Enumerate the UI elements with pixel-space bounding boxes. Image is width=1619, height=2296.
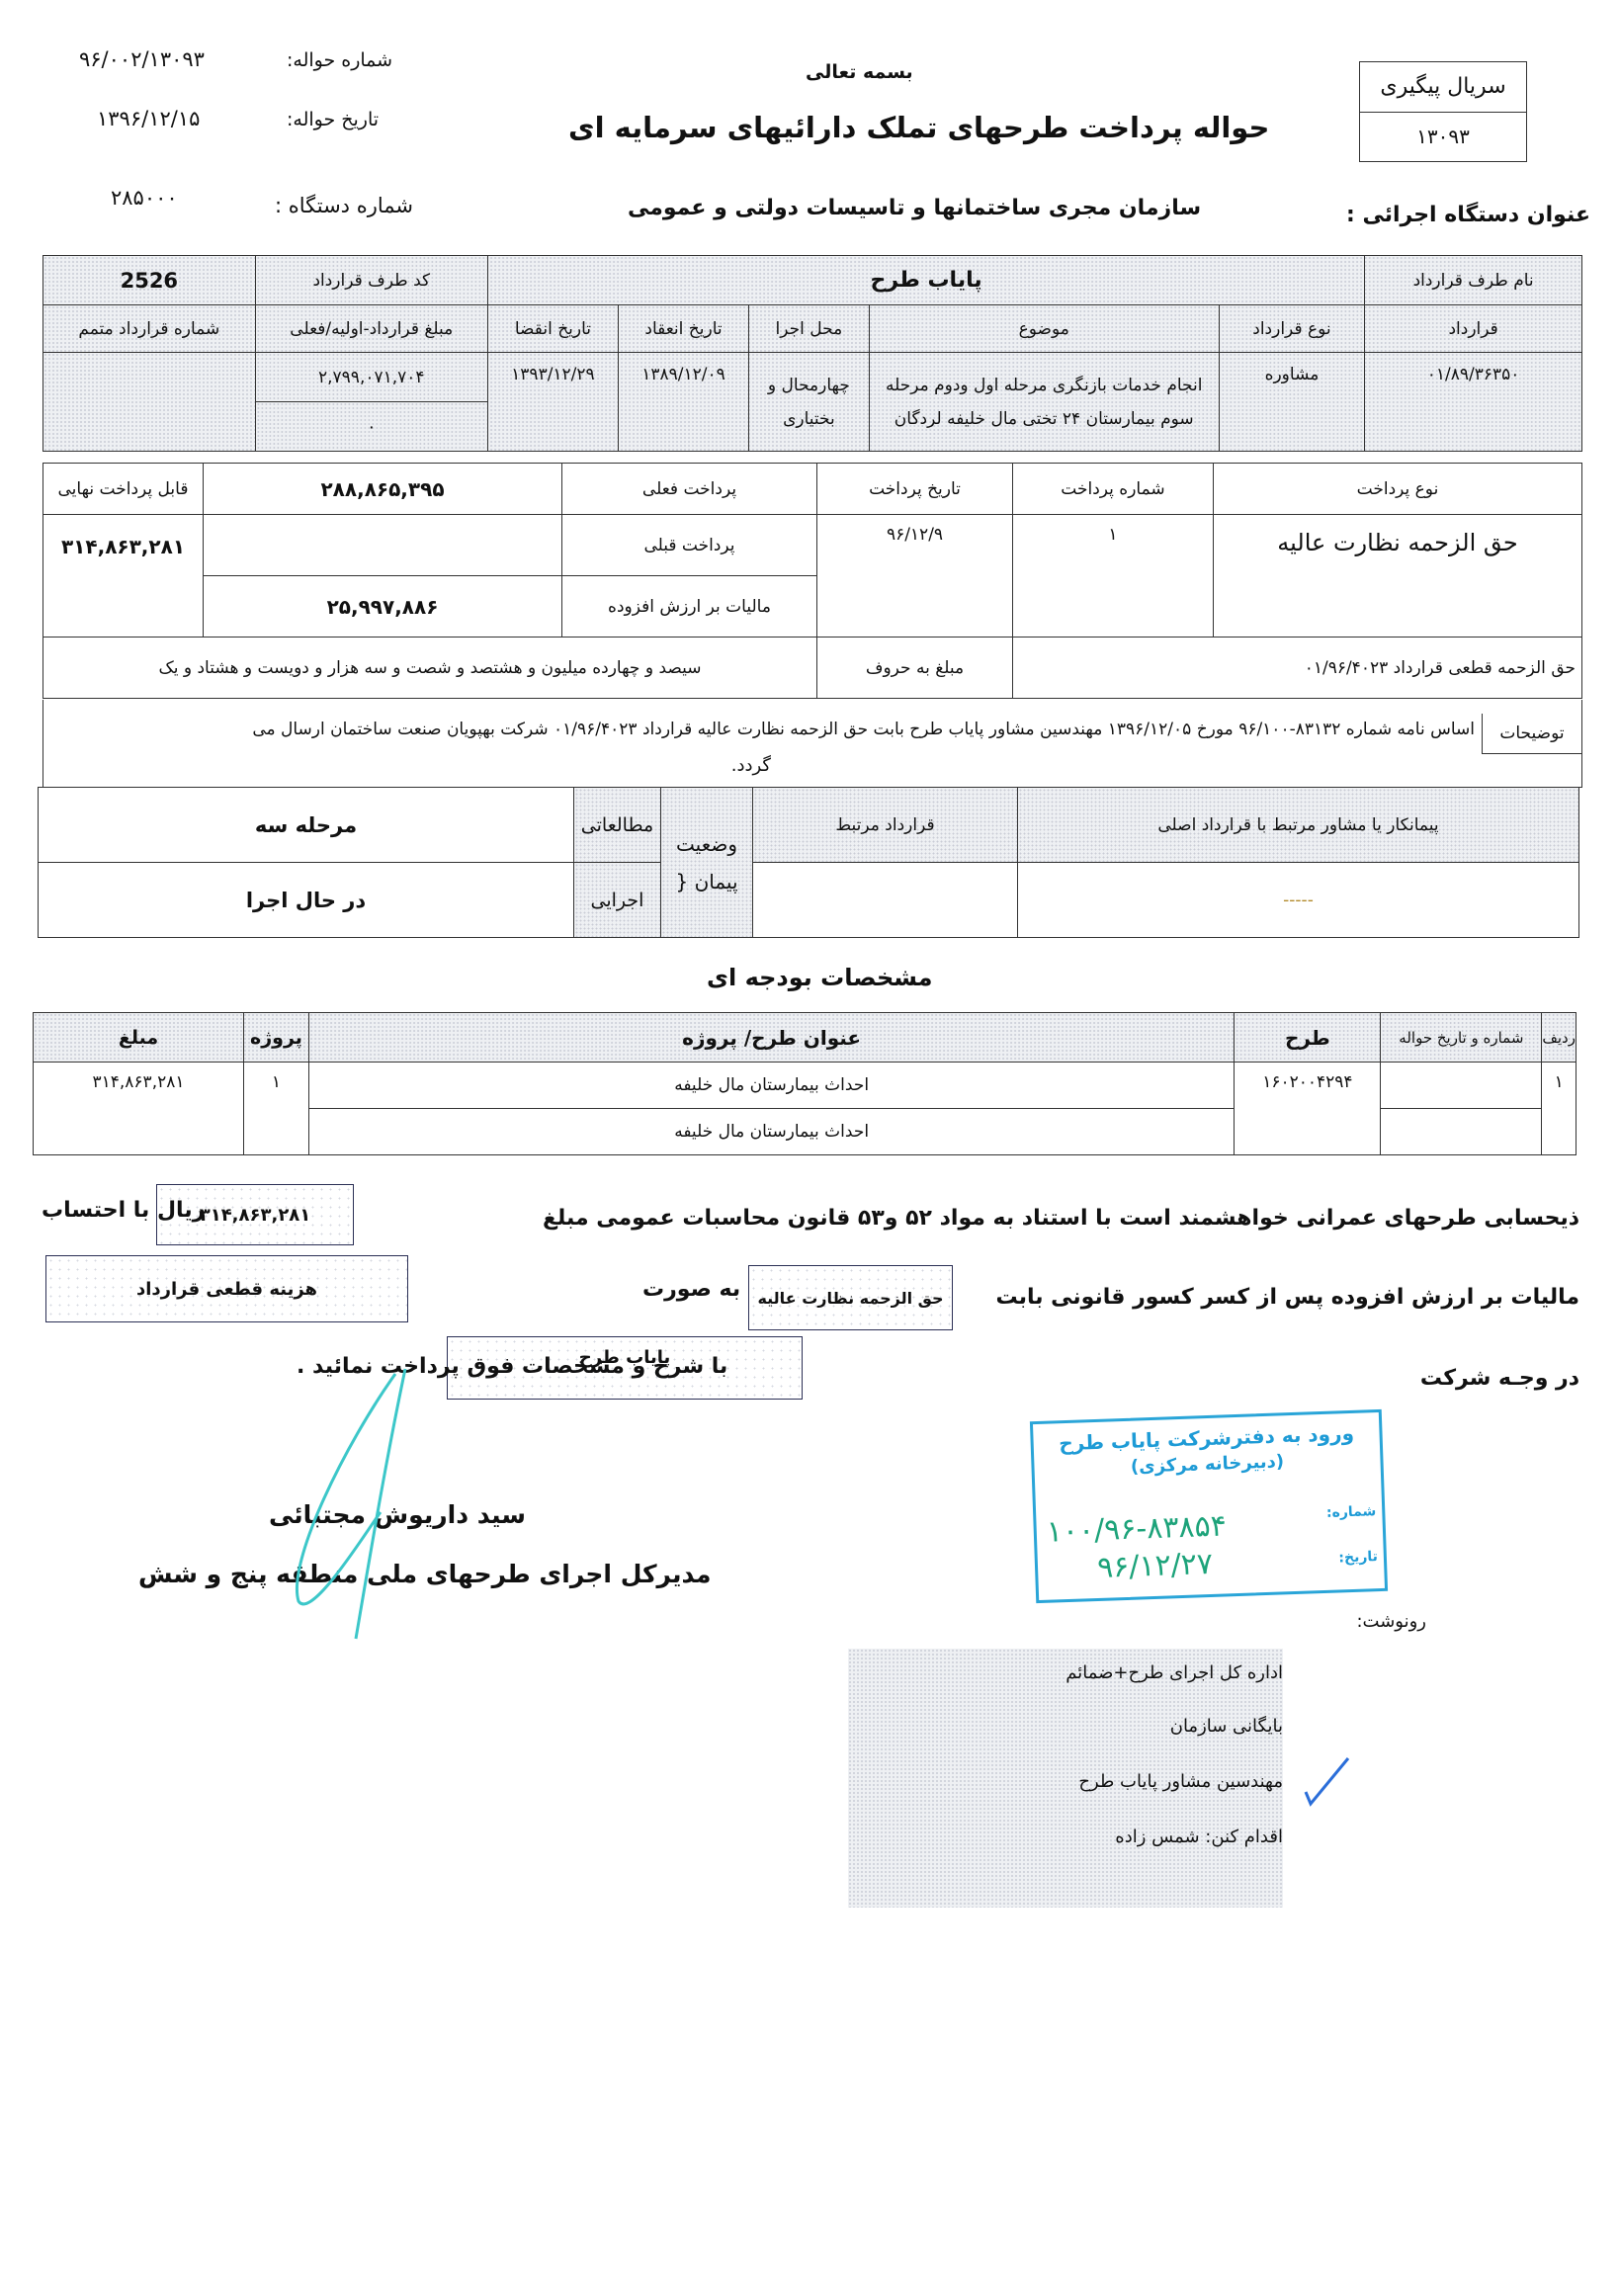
budget-row-ref xyxy=(1381,1063,1542,1109)
instruction-line1: ذیحسابی طرحهای عمرانی خواهشمند است با اس… xyxy=(543,1206,1579,1231)
payment-number-label: شماره پرداخت xyxy=(1013,464,1214,515)
related-contractor-value: ----- xyxy=(1018,863,1579,938)
tracking-serial-box: سریال پیگیری ۱۳۰۹۳ xyxy=(1359,61,1527,162)
budget-header-amount: مبلغ xyxy=(34,1013,244,1063)
sign-date-header: تاریخ انعقاد xyxy=(618,305,748,353)
expiry-date-value: ۱۳۹۳/۱۲/۲۹ xyxy=(487,353,618,452)
copy-item: بایگانی سازمان xyxy=(1170,1716,1283,1737)
instruction-payment-type-box: حق الزحمه نظارت عالیه xyxy=(748,1265,953,1330)
payment-table: نوع پرداخت شماره پرداخت تاریخ پرداخت پرد… xyxy=(43,463,1582,699)
type-header: نوع قرارداد xyxy=(1219,305,1365,353)
budget-row-title-2: احداث بیمارستان مال خلیفه xyxy=(308,1109,1234,1155)
notes-line2: گردد. xyxy=(731,755,771,776)
payment-desc-row: حق الزحمه قطعی قرارداد ۰۱/۹۶/۴۰۲۳ xyxy=(1013,638,1582,699)
status-cell: وضعیت پیمان { xyxy=(661,788,753,938)
payment-type-label: نوع پرداخت xyxy=(1214,464,1582,515)
related-contractor-label: پیمانکار یا مشاور مرتبط با قرارداد اصلی xyxy=(1018,788,1579,863)
payment-date-value: ۹۶/۱۲/۹ xyxy=(817,515,1013,638)
supplement-value xyxy=(43,353,256,452)
budget-header-title: عنوان طرح/ پروژه xyxy=(308,1013,1234,1063)
study-label: مطالعاتی xyxy=(574,788,661,863)
copies-label: رونوشت: xyxy=(1356,1611,1426,1632)
budget-title: مشخصات بودجه ای xyxy=(707,964,933,991)
budget-row-amount: ۳۱۴,۸۶۳,۲۸۱ xyxy=(34,1063,244,1155)
sign-date-value: ۱۳۸۹/۱۲/۰۹ xyxy=(618,353,748,452)
instruction-line3: در وجـه شرکت xyxy=(1420,1366,1579,1391)
expiry-date-header: تاریخ انقضا xyxy=(487,305,618,353)
remittance-date-value: ۱۳۹۶/۱۲/۱۵ xyxy=(97,107,200,130)
amount-words-value: سیصد و چهارده میلیون و هشتصد و شصت و سه … xyxy=(43,638,817,699)
vat-label: مالیات بر ارزش افزوده xyxy=(562,576,817,638)
final-payable-label: قابل پرداخت نهایی xyxy=(43,464,204,515)
payment-date-label: تاریخ پرداخت xyxy=(817,464,1013,515)
tracking-serial-label: سریال پیگیری xyxy=(1360,62,1526,113)
party-code-value: 2526 xyxy=(43,256,256,305)
executive-org-value: سازمان مجری ساختمانها و تاسیسات دولتی و … xyxy=(628,196,1201,220)
previous-payment-label: پرداخت قبلی xyxy=(562,515,817,576)
current-payment-label: پرداخت فعلی xyxy=(562,464,817,515)
type-value: مشاوره xyxy=(1219,353,1365,452)
budget-header-project: پروژه xyxy=(244,1013,309,1063)
final-payable-value: ۳۱۴,۸۶۳,۲۸۱ xyxy=(43,515,204,638)
contract-value: ۰۱/۸۹/۳۶۳۵۰ xyxy=(1365,353,1582,452)
budget-header-row: ردیف xyxy=(1542,1013,1576,1063)
subject-header: موضوع xyxy=(869,305,1219,353)
basmala: بسمه تعالی xyxy=(806,61,913,83)
budget-row-ref-2 xyxy=(1381,1109,1542,1155)
stamp-number-value: ۱۰۰/۹۶-۸۳۸۵۴ xyxy=(1046,1508,1227,1549)
device-number-value: ۲۸۵۰۰۰ xyxy=(111,186,178,210)
budget-row-number: ۱ xyxy=(1542,1063,1576,1155)
amount-header: مبلغ قرارداد-اولیه/فعلی xyxy=(255,305,487,353)
remittance-date-label: تاریخ حواله: xyxy=(287,109,379,130)
table-row: ۱ ۱۶۰۲۰۰۴۲۹۴ احداث بیمارستان مال خلیفه ۱… xyxy=(34,1063,1576,1109)
stamp-date-label: تاریخ: xyxy=(1338,1549,1378,1566)
executive-org-label: عنوان دستگاه اجرائی : xyxy=(1346,203,1590,227)
stamp-number-label: شماره: xyxy=(1326,1503,1377,1521)
copy-item: اقدام کنن: شمس زاده xyxy=(1115,1827,1283,1847)
location-value: چهارمحال و بختیاری xyxy=(749,353,870,452)
stamp-date-value: ۹۶/۱۲/۲۷ xyxy=(1097,1547,1214,1585)
remittance-number-label: شماره حواله: xyxy=(287,49,392,71)
remittance-number-value: ۹۶/۰۰۲/۱۳۰۹۳ xyxy=(79,47,205,71)
previous-payment-value xyxy=(204,515,562,576)
notes-line1: اساس نامه شماره ۸۳۱۳۲-۹۶/۱۰۰ مورخ ۱۳۹۶/۱… xyxy=(51,720,1475,739)
location-header: محل اجرا xyxy=(749,305,870,353)
status-label: وضعیت xyxy=(667,825,746,863)
budget-header-plan: طرح xyxy=(1235,1013,1381,1063)
amount-words-label: مبلغ به حروف xyxy=(817,638,1013,699)
party-name-label: نام طرف قرارداد xyxy=(1365,256,1582,305)
budget-row-title: احداث بیمارستان مال خلیفه xyxy=(308,1063,1234,1109)
payment-number-value: ۱ xyxy=(1013,515,1214,638)
page-title: حواله پرداخت طرحهای تملک دارائیهای سرمای… xyxy=(568,111,1269,144)
subject-value: انجام خدمات بازنگری مرحله اول ودوم مرحله… xyxy=(869,353,1219,452)
budget-header-ref: شماره و تاریخ حواله xyxy=(1381,1013,1542,1063)
handwritten-signature-icon xyxy=(277,1364,435,1641)
budget-table: ردیف شماره و تاریخ حواله طرح عنوان طرح/ … xyxy=(33,1012,1576,1155)
amount-initial-value: ۲,۷۹۹,۰۷۱,۷۰۴ xyxy=(255,353,487,402)
party-code-label: کد طرف قرارداد xyxy=(255,256,487,305)
supplement-header: شماره قرارداد متمم xyxy=(43,305,256,353)
instruction-line1-suffix: ریال با احتساب xyxy=(42,1198,205,1223)
budget-row-project: ۱ xyxy=(244,1063,309,1155)
contract-header: قرارداد xyxy=(1365,305,1582,353)
tracking-serial-value: ۱۳۰۹۳ xyxy=(1360,113,1526,160)
instruction-line2: مالیات بر ارزش افزوده پس از کسر کسور قان… xyxy=(995,1285,1579,1310)
copy-item: مهندسین مشاور پایاب طرح xyxy=(1078,1771,1283,1792)
instruction-cost-type-box: هزینه قطعی قرارداد xyxy=(45,1255,408,1322)
checkmark-icon xyxy=(1303,1754,1352,1809)
payment-type-value: حق الزحمه نظارت عالیه xyxy=(1214,515,1582,638)
copy-item: اداره کل اجرای طرح+ضمائم xyxy=(1065,1662,1283,1683)
related-contract-label: قرارداد مرتبط xyxy=(753,788,1018,863)
status-table: پیمانکار یا مشاور مرتبط با قرارداد اصلی … xyxy=(38,787,1579,938)
vat-value: ۲۵,۹۹۷,۸۸۶ xyxy=(204,576,562,638)
current-payment-value: ۲۸۸,۸۶۵,۳۹۵ xyxy=(204,464,562,515)
notes-section: توضیحات اساس نامه شماره ۸۳۱۳۲-۹۶/۱۰۰ مور… xyxy=(43,700,1582,788)
related-contract-value xyxy=(753,863,1018,938)
contract-brace-label: پیمان { xyxy=(667,863,746,900)
contract-table: نام طرف قرارداد پایاب طرح کد طرف قرارداد… xyxy=(43,255,1582,452)
amount-current-value: ۰ xyxy=(255,402,487,452)
instruction-line2-mid: به صورت xyxy=(642,1277,740,1302)
study-value: مرحله سه xyxy=(39,788,574,863)
copies-box: اداره کل اجرای طرح+ضمائم بایگانی سازمان … xyxy=(848,1649,1283,1908)
received-stamp: ورود به دفترشرکت پایاب طرح (دبیرخانه مرک… xyxy=(1030,1409,1388,1603)
party-name-value: پایاب طرح xyxy=(487,256,1364,305)
notes-label: توضیحات xyxy=(1482,714,1581,754)
device-number-label: شماره دستگاه : xyxy=(275,194,413,217)
budget-row-plan: ۱۶۰۲۰۰۴۲۹۴ xyxy=(1235,1063,1381,1155)
exec-value: در حال اجرا xyxy=(39,863,574,938)
exec-label: اجرایی xyxy=(574,863,661,938)
